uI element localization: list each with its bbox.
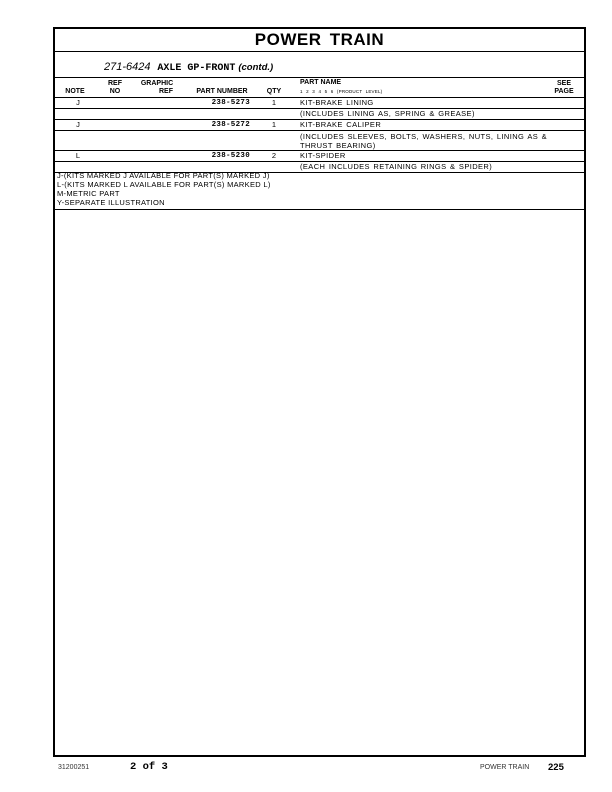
assembly-part-number: 271-6424 [104, 61, 151, 73]
table-header: NOTE REF NO GRAPHIC REF PART NUMBER QTY … [55, 78, 584, 98]
parts-page-frame: POWER TRAIN 271-6424 AXLE GP-FRONT (cont… [53, 27, 586, 757]
legend-note-j: J-(KITS MARKED J AVAILABLE FOR PART(S) M… [57, 171, 271, 180]
notes-divider [55, 209, 584, 210]
header-part-name: PART NAME [300, 79, 341, 87]
qty-cell: 1 [267, 120, 281, 130]
parts-table-body: J 238-5273 1 KIT-BRAKE LINING (INCLUDES … [55, 98, 584, 173]
title-row: POWER TRAIN [55, 29, 584, 52]
page-number: 225 [548, 762, 564, 773]
document-number: 31200251 [58, 764, 89, 771]
part-name-cell: KIT-BRAKE LINING [300, 98, 374, 108]
page-of-count: 2 of 3 [130, 761, 168, 773]
part-number-cell: 238-5273 [194, 98, 250, 108]
legend-notes: J-(KITS MARKED J AVAILABLE FOR PART(S) M… [57, 171, 271, 207]
section-name: POWER TRAIN [480, 764, 529, 771]
continued-label: (contd.) [238, 62, 273, 73]
page-footer: 31200251 2 of 3 POWER TRAIN 225 [0, 761, 612, 773]
legend-note-l: L-(KITS MARKED L AVAILABLE FOR PART(S) M… [57, 180, 271, 189]
table-row: L 238-5230 2 KIT-SPIDER [55, 151, 584, 162]
header-note: NOTE [61, 88, 89, 96]
header-part-number: PART NUMBER [190, 88, 254, 96]
table-row: J 238-5273 1 KIT-BRAKE LINING [55, 98, 584, 109]
header-see: SEE [549, 80, 579, 88]
part-name-cell: (INCLUDES SLEEVES, BOLTS, WASHERS, NUTS,… [300, 132, 560, 150]
legend-note-m: M-METRIC PART [57, 189, 271, 198]
table-row: (INCLUDES SLEEVES, BOLTS, WASHERS, NUTS,… [55, 131, 584, 151]
note-cell: J [72, 98, 84, 108]
part-name-cell: KIT-SPIDER [300, 151, 346, 161]
header-product-level: 1 2 3 4 5 6 (PRODUCT LEVEL) [300, 88, 382, 96]
table-row: (INCLUDES LINING AS, SPRING & GREASE) [55, 109, 584, 120]
qty-cell: 1 [267, 98, 281, 108]
part-name-cell: (INCLUDES LINING AS, SPRING & GREASE) [300, 109, 475, 119]
part-name-cell: KIT-BRAKE CALIPER [300, 120, 381, 130]
header-no: NO [105, 88, 125, 96]
part-number-cell: 238-5272 [194, 120, 250, 130]
part-number-cell: 238-5230 [194, 151, 250, 161]
part-name-cell: (EACH INCLUDES RETAINING RINGS & SPIDER) [300, 162, 492, 172]
header-graphic-ref: REF [137, 88, 173, 96]
table-row: J 238-5272 1 KIT-BRAKE CALIPER [55, 120, 584, 131]
page-title: POWER TRAIN [255, 30, 384, 49]
subtitle-row: 271-6424 AXLE GP-FRONT (contd.) [55, 52, 584, 78]
assembly-name: AXLE GP-FRONT [157, 63, 235, 74]
header-page: PAGE [549, 88, 579, 96]
note-cell: J [72, 120, 84, 130]
qty-cell: 2 [267, 151, 281, 161]
header-ref: REF [105, 80, 125, 88]
header-graphic: GRAPHIC [137, 80, 177, 88]
assembly-heading: 271-6424 AXLE GP-FRONT (contd.) [104, 61, 273, 74]
header-qty: QTY [263, 88, 285, 96]
legend-note-y: Y-SEPARATE ILLUSTRATION [57, 198, 271, 207]
note-cell: L [72, 151, 84, 161]
